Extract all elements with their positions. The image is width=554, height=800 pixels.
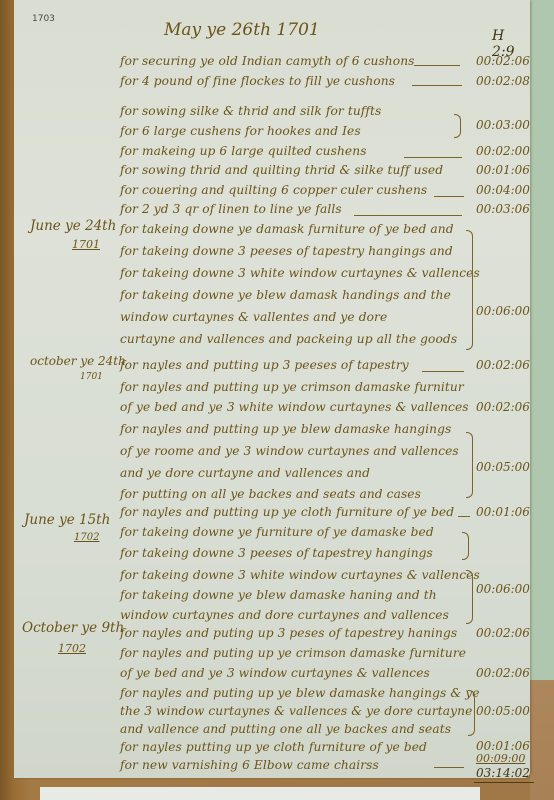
entry-line: for nayles and puting up ye crimson dama… — [120, 646, 466, 660]
entry-line: for 6 large cushens for hookes and Ies — [120, 124, 361, 138]
entry-amount: 00:03:06 — [476, 202, 530, 216]
entry-line: for couering and quilting 6 copper culer… — [120, 183, 427, 197]
entry-line: for sowing silke & thrid and silk for tu… — [120, 104, 381, 118]
entry-amount: 00:02:08 — [476, 74, 530, 88]
bracket — [466, 230, 473, 350]
archive-year-note: 1703 — [32, 14, 55, 24]
entry-amount: 00:05:00 — [476, 460, 530, 474]
entry-line: and ye dore curtayne and vallences and — [120, 466, 370, 480]
entry-amount: 00:04:00 — [476, 183, 530, 197]
bracket — [462, 532, 469, 560]
entry-line: for sowing thrid and quilting thrid & si… — [120, 163, 443, 177]
green-folder-edge — [528, 0, 554, 680]
entry-line: for putting on all ye backes and seats a… — [120, 487, 421, 501]
entry-amount: 00:06:00 — [476, 304, 530, 318]
entry-amount: 00:03:00 — [476, 118, 530, 132]
leader-line — [412, 85, 462, 86]
entry-line: for takeing downe ye furniture of ye dam… — [120, 525, 434, 539]
entry-line: for takeing downe 3 peeses of tapestrey … — [120, 546, 433, 560]
bracket — [466, 570, 473, 624]
entry-line: window curtaynes and dore curtaynes and … — [120, 608, 449, 622]
entry-amount: 00:02:00 — [476, 144, 530, 158]
grand-total: 03:14:02 — [476, 766, 530, 780]
underlying-sheet — [40, 787, 480, 800]
entry-line: of ye bed and ye 3 white window curtayne… — [120, 400, 469, 414]
page-heading-date: May ye 26th 1701 — [164, 20, 320, 40]
section-date: June ye 24th — [30, 218, 116, 234]
entry-line: for 2 yd 3 qr of linen to line ye falls — [120, 202, 342, 216]
entry-line: for new varnishing 6 Elbow came chairss — [120, 758, 379, 772]
entry-amount: 00:01:06 — [476, 163, 530, 177]
entry-line: for takeing downe ye blew damaske haning… — [120, 588, 437, 602]
entry-line: and vallence and putting one all ye back… — [120, 722, 451, 736]
bracket — [468, 690, 475, 736]
leader-line — [458, 516, 470, 517]
section-year: 1701 — [72, 238, 100, 251]
leader-line — [434, 767, 464, 768]
entry-line: for nayles and putting up 3 peeses of ta… — [120, 358, 409, 372]
entry-line: for takeing downe 3 white window curtayn… — [120, 568, 480, 582]
section-date: october ye 24th — [30, 354, 126, 368]
section-date: October ye 9th — [22, 620, 124, 636]
section-year: 1702 — [58, 642, 86, 655]
bracket — [454, 114, 461, 138]
entry-line: of ye bed and ye 3 window curtaynes & va… — [120, 666, 430, 680]
entry-line: for takeing downe 3 peeses of tapestry h… — [120, 244, 453, 258]
section-date: June ye 15th — [24, 512, 110, 528]
entry-line: of ye roome and ye 3 window curtaynes an… — [120, 444, 459, 458]
entry-line: for nayles and putting up ye crimson dam… — [120, 380, 464, 394]
entry-line: for takeing downe 3 white window curtayn… — [120, 266, 480, 280]
section-year: 1702 — [74, 532, 99, 543]
entry-amount: 00:02:06 — [476, 626, 530, 640]
leader-line — [354, 215, 462, 216]
leader-line — [414, 65, 460, 66]
entry-line: for nayles and putting up ye blew damask… — [120, 422, 451, 436]
entry-line: for 4 pound of fine flockes to fill ye c… — [120, 74, 395, 88]
entry-line: for securing ye old Indian camyth of 6 c… — [120, 54, 415, 68]
entry-amount: 00:02:06 — [476, 666, 530, 680]
entry-amount: 00:02:06 — [476, 358, 530, 372]
entry-amount: 00:02:06 — [476, 54, 530, 68]
entry-line: curtayne and vallences and packeing up a… — [120, 332, 457, 346]
entry-amount: 00:01:06 — [476, 505, 530, 519]
leader-line — [434, 196, 464, 197]
entry-amount: 00:06:00 — [476, 582, 530, 596]
manuscript-page: 1703 May ye 26th 1701 H 2:9 for securing… — [14, 0, 530, 778]
leader-line — [404, 157, 462, 158]
entry-line: for nayles and puting up 3 peses of tape… — [120, 626, 457, 640]
entry-line: window curtaynes & vallentes and ye dore — [120, 310, 387, 324]
bracket — [466, 432, 473, 498]
entry-line: for takeing downe ye blew damask handing… — [120, 288, 451, 302]
total-underline — [474, 782, 534, 783]
leader-line — [422, 371, 464, 372]
entry-line: for nayles and putting up ye cloth furni… — [120, 505, 454, 519]
section-year: 1701 — [80, 372, 103, 382]
entry-amount: 00:09:00 — [476, 752, 525, 765]
entry-amount: 00:05:00 — [476, 704, 530, 718]
entry-line: for makeing up 6 large quilted cushens — [120, 144, 367, 158]
entry-amount: 00:01:06 — [476, 739, 530, 753]
entry-line: for nayles putting up ye cloth furniture… — [120, 740, 427, 754]
entry-line: for takeing downe ye damask furniture of… — [120, 222, 454, 236]
entry-line: for nayles and puting up ye blew damaske… — [120, 686, 480, 700]
entry-amount: 00:02:06 — [476, 400, 530, 414]
entry-line: the 3 window curtaynes & vallences & ye … — [120, 704, 472, 718]
